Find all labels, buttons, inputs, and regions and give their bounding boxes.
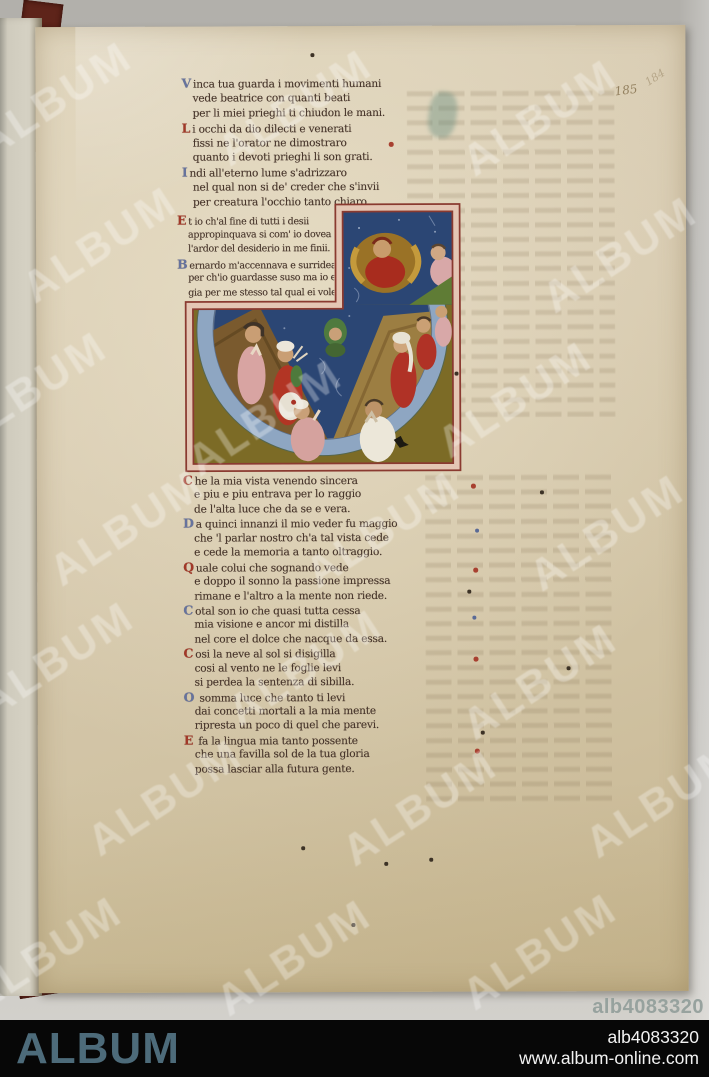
- tercet-initial: C: [183, 646, 193, 661]
- manuscript-line: Et io ch'al fine di tutti i desii: [177, 213, 334, 228]
- manuscript-line: Bernardo m'accennava e surridea: [177, 257, 334, 272]
- parchment-speck: [567, 666, 571, 670]
- manuscript-line: de l'alta luce che da se e vera.: [183, 502, 409, 517]
- manuscript-line: O somma luce che tanto ti levi: [184, 689, 410, 704]
- parchment-speck: [540, 490, 544, 494]
- parchment-speck: [310, 53, 314, 57]
- manuscript-line: ripresta un poco di quel che parevi.: [184, 718, 410, 733]
- stock-photo-of-manuscript: 185 184 Vinca tua guarda i movimenti hum…: [0, 0, 709, 1077]
- manuscript-line: Vinca tua guarda i movimenti humani: [181, 76, 403, 92]
- manuscript-line: vede beatrice con quanti beati: [182, 91, 404, 107]
- manuscript-line: e doppo il sonno la passione impressa: [183, 574, 409, 589]
- parchment-speck: [389, 142, 394, 147]
- manuscript-line: fissi ne l'orator ne dimostraro: [182, 135, 404, 151]
- manuscript-line: dai concetti mortali a la mia mente: [184, 704, 410, 719]
- tercet-initial: E: [177, 213, 186, 228]
- footer-website: www.album-online.com: [519, 1048, 699, 1069]
- tercet-initial: C: [183, 473, 193, 488]
- manuscript-line: gia per me stesso tal qual ei volea.: [177, 286, 334, 301]
- image-id-watermark: alb4083320: [592, 996, 704, 1019]
- tercet-initial: B: [177, 256, 187, 271]
- manuscript-line: E fa la lingua mia tanto possente: [184, 733, 410, 748]
- text-column-upper: Vinca tua guarda i movimenti humanivede …: [181, 76, 403, 211]
- parchment-speck: [467, 590, 471, 594]
- manuscript-line: che una favilla sol de la tua gloria: [184, 747, 410, 762]
- manuscript-line: mia visione e ancor mi distilla: [183, 617, 409, 632]
- parchment-speck: [351, 923, 355, 927]
- footer-image-id: alb4083320: [519, 1027, 699, 1048]
- manuscript-line: Che la mia vista venendo sincera: [183, 473, 409, 488]
- tercet-initial: E: [184, 732, 193, 747]
- parchment-speck: [455, 372, 459, 376]
- parchment-speck: [473, 568, 478, 573]
- album-logo: ALBUM: [16, 1024, 180, 1074]
- manuscript-line: nel qual non si de' creder che s'invii: [182, 180, 404, 196]
- manuscript-line: che 'l parlar nostro ch'a tal vista cede: [183, 531, 409, 546]
- parchment-speck: [481, 731, 485, 735]
- tercet-initial: D: [183, 516, 194, 531]
- verso-bleed-through-lower: [425, 471, 614, 804]
- parchment-bottom-tone: [38, 781, 689, 993]
- parchment-speck: [475, 529, 479, 533]
- footer-credit: alb4083320 www.album-online.com: [519, 1027, 699, 1069]
- manuscript-line: e cede la memoria a tanto oltraggio.: [183, 545, 409, 560]
- text-in-miniature-notch: Et io ch'al fine di tutti i desiiappropi…: [177, 213, 334, 304]
- manuscript-line: possa lasciar alla futura gente.: [184, 762, 410, 777]
- tercet-initial: O: [184, 689, 195, 704]
- parchment-speck: [471, 484, 476, 489]
- parchment-speck: [474, 657, 479, 662]
- seraph-figure: [352, 233, 418, 293]
- tercet-initial: V: [181, 76, 191, 91]
- manuscript-line: cosi al vento ne le foglie levi: [184, 661, 410, 676]
- manuscript-line: quanto i devoti prieghi li son grati.: [182, 150, 404, 166]
- manuscript-line: Cotal son io che quasi tutta cessa: [183, 603, 409, 618]
- manuscript-line: rimane e l'altro a la mente non riede.: [183, 588, 409, 603]
- tercet-initial: Q: [183, 559, 194, 574]
- tercet-initial: C: [183, 603, 193, 618]
- manuscript-line: Indi all'eterno lume s'adrizzaro: [182, 165, 404, 181]
- manuscript-line: per li miei prieghi ti chiudon le mani.: [182, 106, 404, 122]
- parchment-speck: [384, 862, 388, 866]
- parchment-page: 185 184 Vinca tua guarda i movimenti hum…: [35, 25, 688, 993]
- tercet-initial: I: [182, 165, 188, 180]
- manuscript-line: Li occhi da dio dilecti e venerati: [182, 121, 404, 137]
- parchment-speck: [301, 846, 305, 850]
- manuscript-line: Quale colui che sognando vede: [183, 559, 409, 574]
- text-column-lower: Che la mia vista venendo sincerae piu e …: [183, 473, 410, 777]
- manuscript-line: Da quinci innanzi il mio veder fu maggio: [183, 516, 409, 531]
- parchment-speck: [475, 749, 480, 754]
- manuscript-line: per ch'io guardasse suso ma io era: [177, 271, 334, 286]
- stock-footer-bar: ALBUM alb4083320 www.album-online.com: [0, 1020, 709, 1077]
- illuminated-initial-miniature: Et io ch'al fine di tutti i desiiappropi…: [189, 208, 457, 468]
- folio-corner-number: 184: [643, 66, 668, 88]
- manuscript-line: l'ardor del desiderio in me finii.: [177, 242, 334, 257]
- manuscript-line: si perdea la sentenza di sibilla.: [184, 675, 410, 690]
- manuscript-line: appropinquava si com' io dovea: [177, 228, 334, 243]
- parchment-speck: [429, 858, 433, 862]
- manuscript-line: e piu e piu entrava per lo raggio: [183, 487, 409, 502]
- manuscript-line: nel core el dolce che nacque da essa.: [183, 632, 409, 647]
- tercet-initial: L: [182, 120, 191, 135]
- manuscript-line: Cosi la neve al sol si disigilla: [183, 646, 409, 661]
- parchment-speck: [472, 616, 476, 620]
- folio-number: 185: [614, 82, 638, 99]
